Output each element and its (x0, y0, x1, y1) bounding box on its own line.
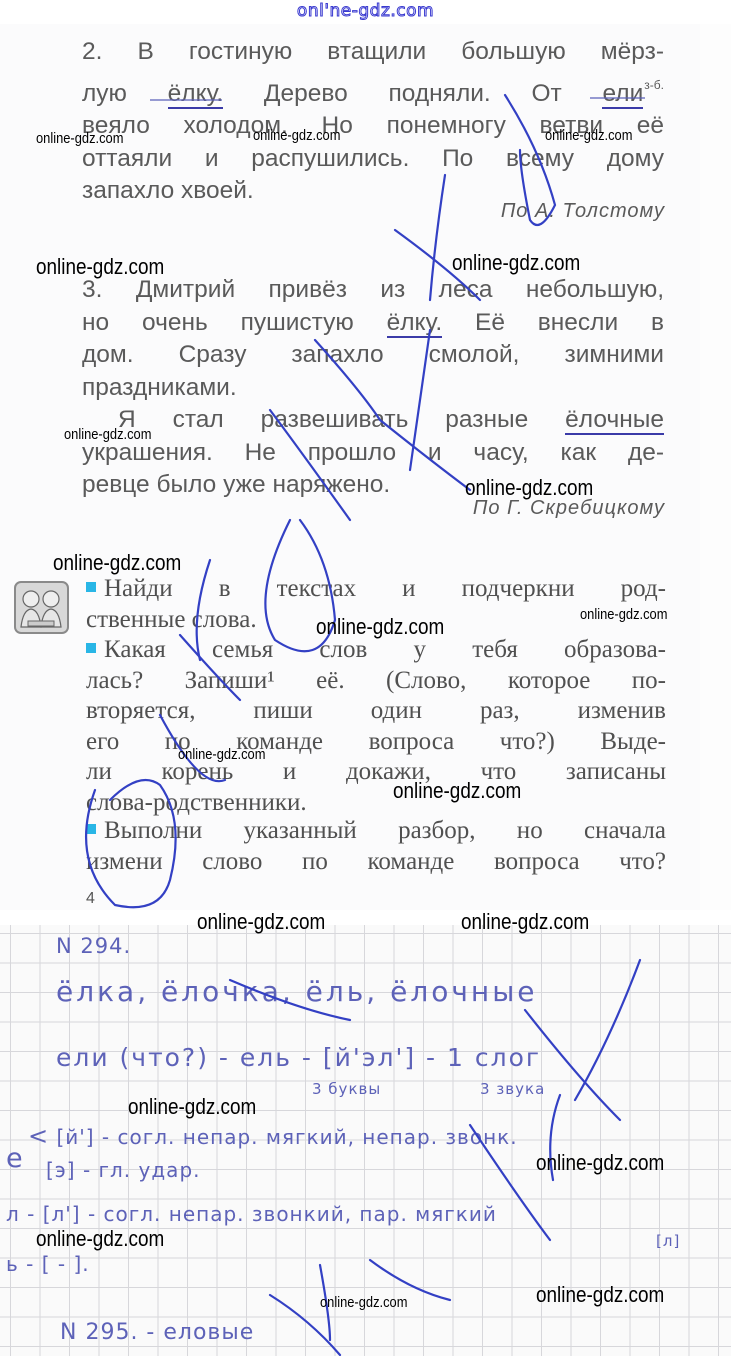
two-children-reading-icon (14, 581, 69, 634)
passage-3-line: но очень пушистую ёлку. Её внесли в (82, 307, 664, 340)
passage-2: 2. В гостиную втащили большую мёрз- лую … (82, 36, 664, 208)
watermark: online-gdz.com (545, 127, 632, 144)
watermark: online-gdz.com (393, 778, 521, 804)
exercise-295-line: N 295. - еловые (60, 1320, 254, 1345)
watermark: online-gdz.com (536, 1282, 664, 1308)
watermark: online-gdz.com (320, 1294, 407, 1311)
passage-3-line: праздниками. (82, 372, 664, 405)
watermark: online-gdz.com (580, 606, 667, 623)
watermark: online-gdz.com (36, 254, 164, 280)
page-number: 4 (86, 890, 95, 908)
passage-2-line: 2. В гостиную втащили большую мёрз- (82, 36, 664, 69)
passage-3-line: дом. Сразу запахло смолой, зимними (82, 339, 664, 372)
watermark: online-gdz.com (316, 614, 444, 640)
underlined-word: ёлку. (387, 309, 443, 338)
letter-e-sound-1: < [й'] - согл. непар. мягкий, непар. зво… (28, 1122, 518, 1150)
letter-l-line: л - [л'] - согл. непар. звонкий, пар. мя… (6, 1202, 497, 1226)
phonetic-analysis-line: ели (что?) - ель - [й'эл'] - 1 слог (56, 1043, 541, 1072)
underlined-word: ёлочные (565, 406, 664, 435)
watermark: online-gdz.com (36, 1226, 164, 1252)
underlined-word: ели (602, 80, 643, 109)
letter-count: 3 буквы (312, 1080, 381, 1098)
site-logo[interactable]: onl'ne-gdz.com (0, 1, 731, 21)
pair-sound: [л] (656, 1232, 680, 1250)
watermark: online-gdz.com (36, 130, 123, 147)
word-family-line: ёлка, ёлочка, ёль, ёлочные (56, 975, 538, 1008)
sound-count: 3 звука (480, 1080, 545, 1098)
watermark: online-gdz.com (253, 127, 340, 144)
author-attribution: По А. Толстому (501, 200, 665, 223)
passage-2-line: лую ёлку. Дерево подняли. От елиз-б. (82, 69, 664, 111)
letter-e-label: е (6, 1143, 24, 1174)
passage-3-line: Я стал развешивать разные ёлочные (82, 404, 664, 437)
task-3: Выполни указанный разбор, но сначала изм… (86, 816, 666, 877)
bullet-icon (86, 824, 96, 834)
passage-3: 3. Дмитрий привёз из леса небольшую, но … (82, 274, 664, 502)
watermark: online-gdz.com (465, 475, 593, 501)
children-icon-art (16, 583, 67, 632)
watermark: online-gdz.com (536, 1150, 664, 1176)
passage-3-line: 3. Дмитрий привёз из леса небольшую, (82, 274, 664, 307)
watermark: online-gdz.com (64, 426, 151, 443)
page-edge (700, 24, 731, 910)
watermark: online-gdz.com (178, 746, 265, 763)
watermark: online-gdz.com (461, 909, 589, 935)
exercise-294-label: N 294. (56, 934, 131, 958)
task-2: Какая семья слов у тебя образова- лась? … (86, 635, 666, 818)
passage-3-line: украшения. Не прошло и часу, как де- (82, 437, 664, 470)
bullet-icon (86, 582, 96, 592)
soft-sign-line: ь - [ - ]. (6, 1252, 90, 1276)
watermark: online-gdz.com (53, 550, 181, 576)
watermark: online-gdz.com (452, 250, 580, 276)
passage-2-line: оттаяли и распушились. По всему дому (82, 143, 664, 176)
watermark: online-gdz.com (197, 909, 325, 935)
watermark: online-gdz.com (128, 1094, 256, 1120)
parse-mark: з-б. (644, 78, 664, 92)
bullet-icon (86, 643, 96, 653)
underlined-word: ёлку. (168, 80, 224, 109)
letter-e-sound-2: [э] - гл. удар. (46, 1158, 201, 1182)
